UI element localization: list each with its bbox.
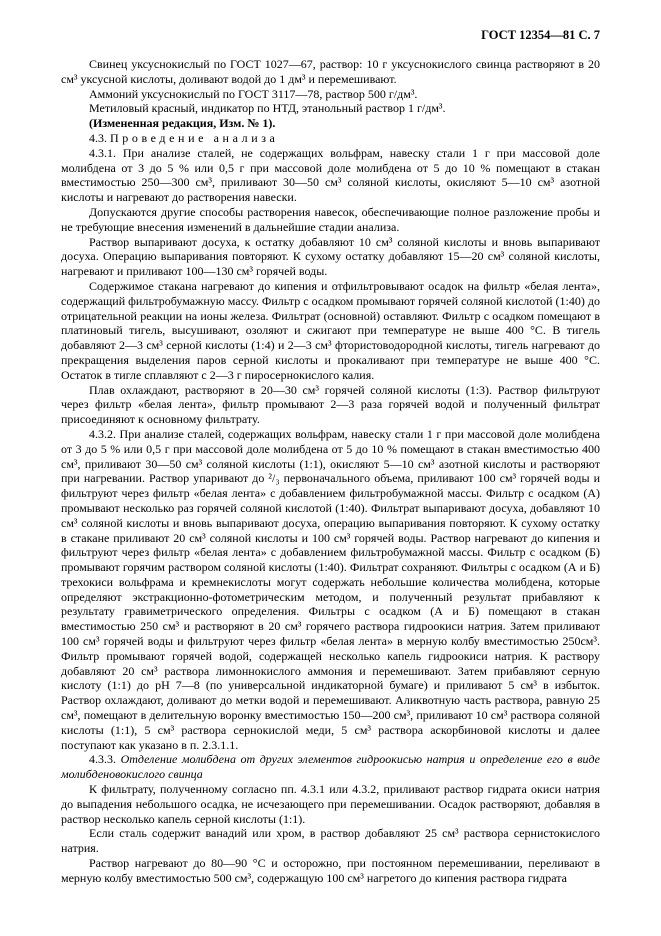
- paragraph-other-methods: Допускаются другие способы растворения н…: [61, 205, 600, 235]
- clause-title: Отделение молибдена от других элементов …: [61, 752, 600, 781]
- paragraph-filtration-ignition: Содержимое стакана нагревают до кипения …: [61, 279, 600, 383]
- document-page: ГОСТ 12354—81 С. 7 Свинец уксуснокислый …: [0, 0, 661, 936]
- paragraph-ammonium-acetate: Аммоний уксуснокислый по ГОСТ 3117—78, р…: [61, 87, 600, 102]
- paragraph-methyl-red: Метиловый красный, индикатор по НТД, эта…: [61, 101, 600, 116]
- section-4-3-heading: 4.3. Проведение анализа: [61, 131, 600, 146]
- paragraph-vanadium-chromium: Если сталь содержит ванадий или хром, в …: [61, 826, 600, 856]
- doc-reference: ГОСТ 12354—81 С. 7: [481, 28, 600, 42]
- document-body: Свинец уксуснокислый по ГОСТ 1027—67, ра…: [61, 57, 600, 886]
- clause-4-3-3-heading: 4.3.3. Отделение молибдена от других эле…: [61, 752, 600, 782]
- paragraph-melt-cooling: Плав охлаждают, растворяют в 20—30 см³ г…: [61, 383, 600, 427]
- amendment-note: (Измененная редакция, Изм. № 1).: [61, 116, 600, 131]
- section-title: Проведение анализа: [110, 131, 279, 145]
- paragraph-lead-acetate: Свинец уксуснокислый по ГОСТ 1027—67, ра…: [61, 57, 600, 87]
- paragraph-heating-transfer: Раствор нагревают до 80—90 °С и осторожн…: [61, 856, 600, 886]
- section-number: 4.3.: [89, 131, 107, 145]
- clause-number: 4.3.3.: [89, 752, 116, 766]
- clause-4-3-2: 4.3.2. При анализе сталей, содержащих во…: [61, 427, 600, 753]
- running-header: ГОСТ 12354—81 С. 7: [61, 28, 600, 42]
- clause-4-3-1: 4.3.1. При анализе сталей, не содержащих…: [61, 146, 600, 205]
- paragraph-evaporation: Раствор выпаривают досуха, к остатку доб…: [61, 235, 600, 279]
- paragraph-filtrate-naoh: К фильтрату, полученному согласно пп. 4.…: [61, 782, 600, 826]
